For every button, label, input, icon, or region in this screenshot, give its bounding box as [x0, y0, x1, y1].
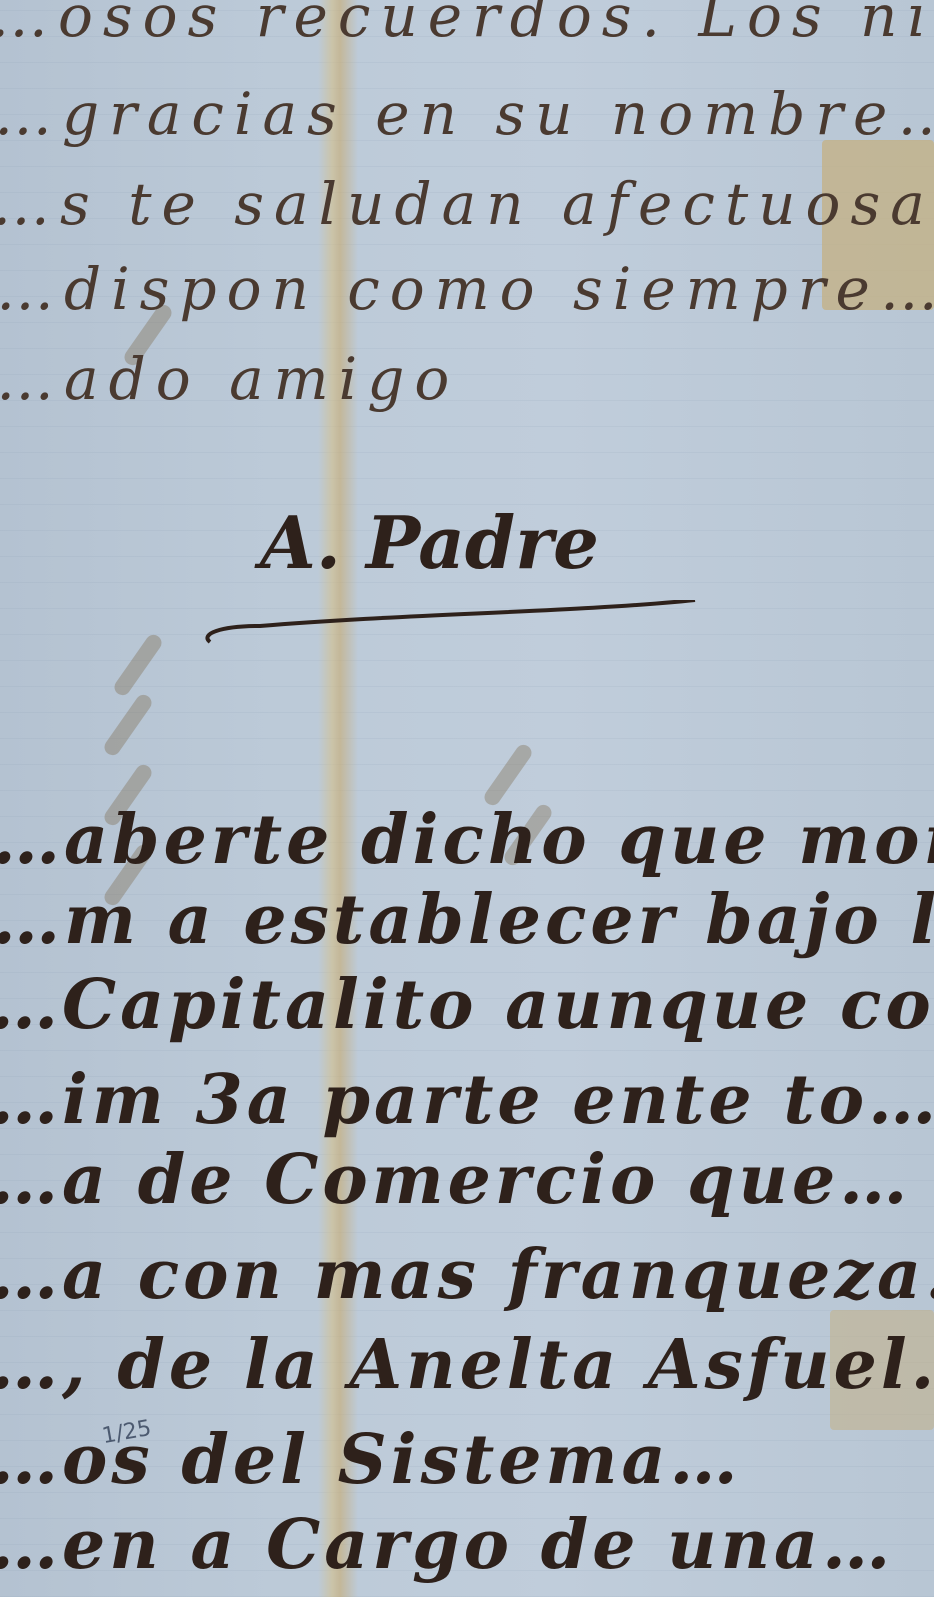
- handwritten-line: …gracias en su nombre…: [0, 80, 934, 148]
- signature: A. Padre: [260, 500, 599, 585]
- handwritten-line: …m a establecer bajo la…: [0, 880, 934, 960]
- handwritten-line: …dispon como siempre…: [0, 255, 934, 323]
- handwritten-line: …Capitalito aunque con…: [0, 965, 934, 1045]
- signature-underline: [200, 600, 700, 650]
- handwritten-line: …a con mas franqueza…: [0, 1235, 934, 1315]
- handwritten-line: …im 3a parte ente to…: [0, 1060, 934, 1140]
- handwritten-line: …s te saludan afectuosa…: [0, 170, 934, 238]
- handwritten-line: …aberte dicho que montes…: [0, 800, 934, 880]
- handwritten-line: …, de la Anelta Asfuel…: [0, 1325, 934, 1405]
- handwritten-line: …osos recuerdos. Los niño…: [0, 0, 934, 50]
- handwritten-line: …a de Comercio que…: [0, 1140, 911, 1220]
- handwritten-line: …ado amigo: [0, 345, 459, 413]
- letter-page: …osos recuerdos. Los niño… …gracias en s…: [0, 0, 934, 1597]
- handwritten-line: …en a Cargo de una…: [0, 1505, 894, 1585]
- ink-bleed-mark: [111, 632, 164, 699]
- ink-bleed-mark: [481, 742, 534, 809]
- ink-bleed-mark: [101, 692, 154, 759]
